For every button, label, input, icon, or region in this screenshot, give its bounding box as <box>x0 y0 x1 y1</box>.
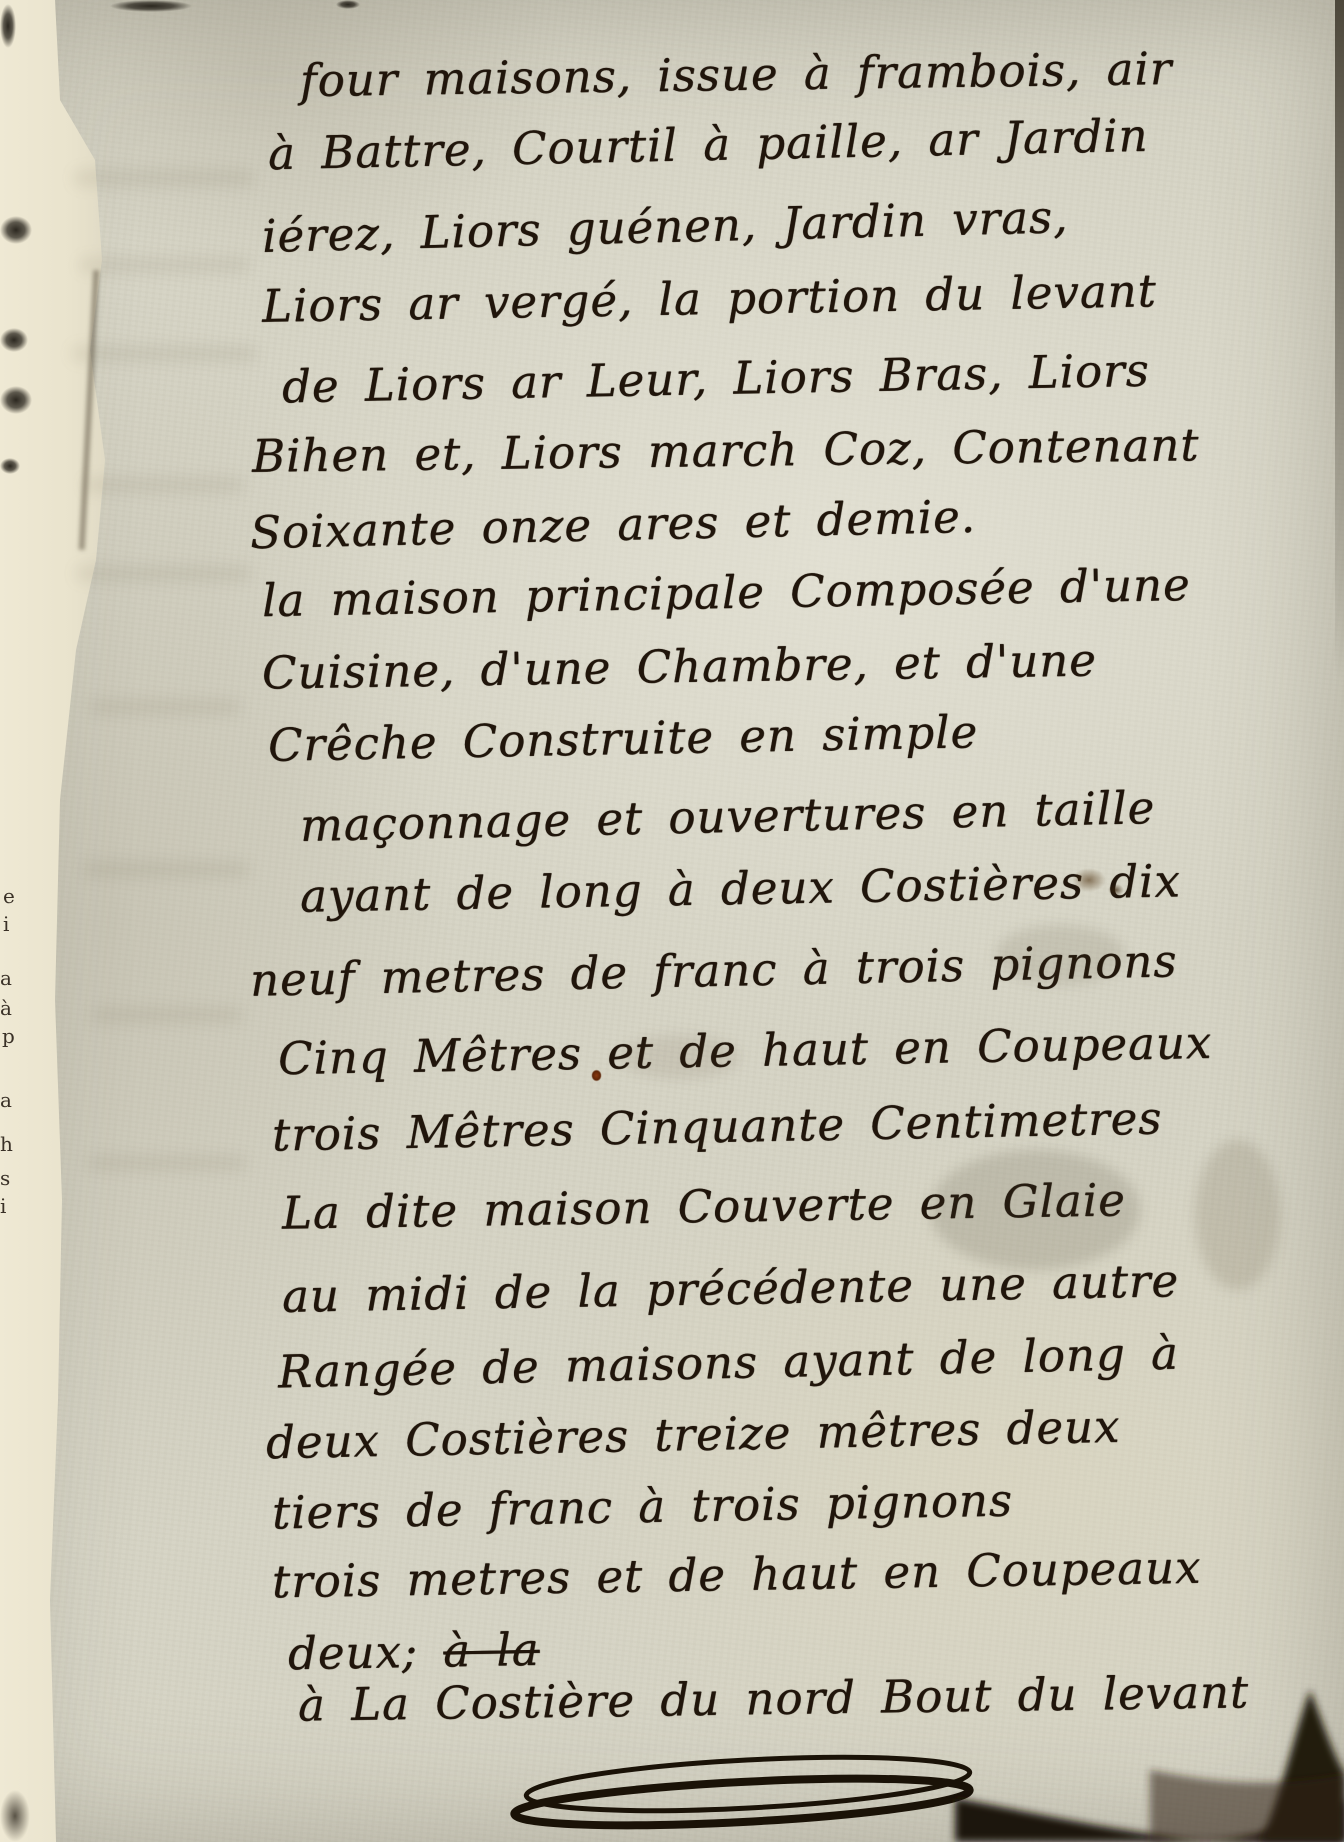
margin-letter-fragment: a <box>0 968 12 988</box>
margin-letter-fragment: s <box>0 1168 10 1188</box>
ink-smudge <box>930 1150 1140 1270</box>
verso-showthrough <box>74 170 254 186</box>
manuscript-line: four maisons, issue à frambois, air <box>300 42 1173 107</box>
manuscript-line: Bihen et, Liors march Coz, Contenant <box>252 418 1200 483</box>
pen-flourish-loop <box>525 1748 971 1819</box>
manuscript-line: à Battre, Courtil à paille, ar Jardin <box>268 109 1149 180</box>
verso-showthrough <box>88 1156 246 1170</box>
edge-fleck <box>0 216 32 244</box>
corner-ink-stain <box>955 1798 1344 1842</box>
manuscript-line: Liors ar vergé, la portion du levant <box>262 264 1158 333</box>
ink-smudge <box>620 1035 740 1079</box>
manuscript-line: ayant de long à deux Costières dix <box>300 854 1182 922</box>
manuscript-line: Soixante onze ares et demie. <box>249 490 976 559</box>
verso-showthrough <box>92 1008 242 1022</box>
margin-letter-fragment: i <box>3 914 9 934</box>
manuscript-line: Crêche Construite en simple <box>268 705 979 772</box>
edge-fleck <box>0 386 32 414</box>
rust-stain <box>1108 884 1124 896</box>
corner-ink-stain <box>1260 1690 1344 1842</box>
manuscript-line: trois metres et de haut en Coupeaux <box>272 1541 1202 1609</box>
manuscript-line: de Liors ar Leur, Liors Bras, Liors <box>282 344 1151 414</box>
verso-showthrough <box>90 700 240 714</box>
manuscript-line: Cinq Mêtres et de haut en Coupeaux <box>278 1016 1213 1085</box>
ink-smudge <box>995 925 1125 985</box>
edge-fleck <box>0 4 16 48</box>
margin-letter-fragment: i <box>0 1196 6 1216</box>
edge-fleck <box>110 0 192 12</box>
manuscript-line: la maison principale Composée d'une <box>262 558 1191 627</box>
edge-fleck <box>0 1790 30 1842</box>
manuscript-line-struck-text: à la <box>443 1623 540 1678</box>
rust-stain <box>1072 868 1106 892</box>
verso-showthrough <box>76 566 251 581</box>
corner-ink-stain-halo <box>1150 1770 1344 1842</box>
torn-paper-edge <box>0 0 118 1842</box>
verso-showthrough <box>72 346 257 361</box>
manuscript-line: iérez, Liors guénen, Jardin vras, <box>261 190 1068 263</box>
verso-showthrough <box>80 258 250 272</box>
manuscript-line: deux Costières treize mêtres deux <box>266 1400 1121 1469</box>
manuscript-line: Rangée de maisons ayant de long à <box>278 1327 1180 1399</box>
verso-showthrough <box>84 862 249 877</box>
edge-fleck <box>0 458 20 474</box>
margin-letter-fragment: h <box>0 1134 13 1154</box>
pen-flourish-loop <box>513 1770 970 1834</box>
right-edge-shadow <box>1335 0 1344 680</box>
manuscript-page: e i a à p a h s i four maisons, issue à … <box>0 0 1344 1842</box>
manuscript-line: tiers de franc à trois pignons <box>272 1474 1014 1540</box>
ink-smudge <box>1195 1140 1280 1290</box>
manuscript-line: maçonnage et ouvertures en taille <box>300 781 1156 852</box>
verso-showthrough <box>84 478 244 492</box>
margin-letter-fragment: a <box>0 1090 12 1110</box>
edge-fleck <box>0 328 28 352</box>
edge-fleck <box>336 0 360 9</box>
margin-letter-fragment: e <box>3 886 15 906</box>
manuscript-line: Cuisine, d'une Chambre, et d'une <box>262 633 1098 699</box>
red-wax-spot <box>590 1068 603 1083</box>
manuscript-line-kept-text: deux; <box>288 1624 444 1680</box>
margin-letter-fragment: à <box>0 998 12 1018</box>
margin-letter-fragment: p <box>2 1026 15 1046</box>
manuscript-line-with-strikethrough: deux; à la <box>288 1623 541 1680</box>
